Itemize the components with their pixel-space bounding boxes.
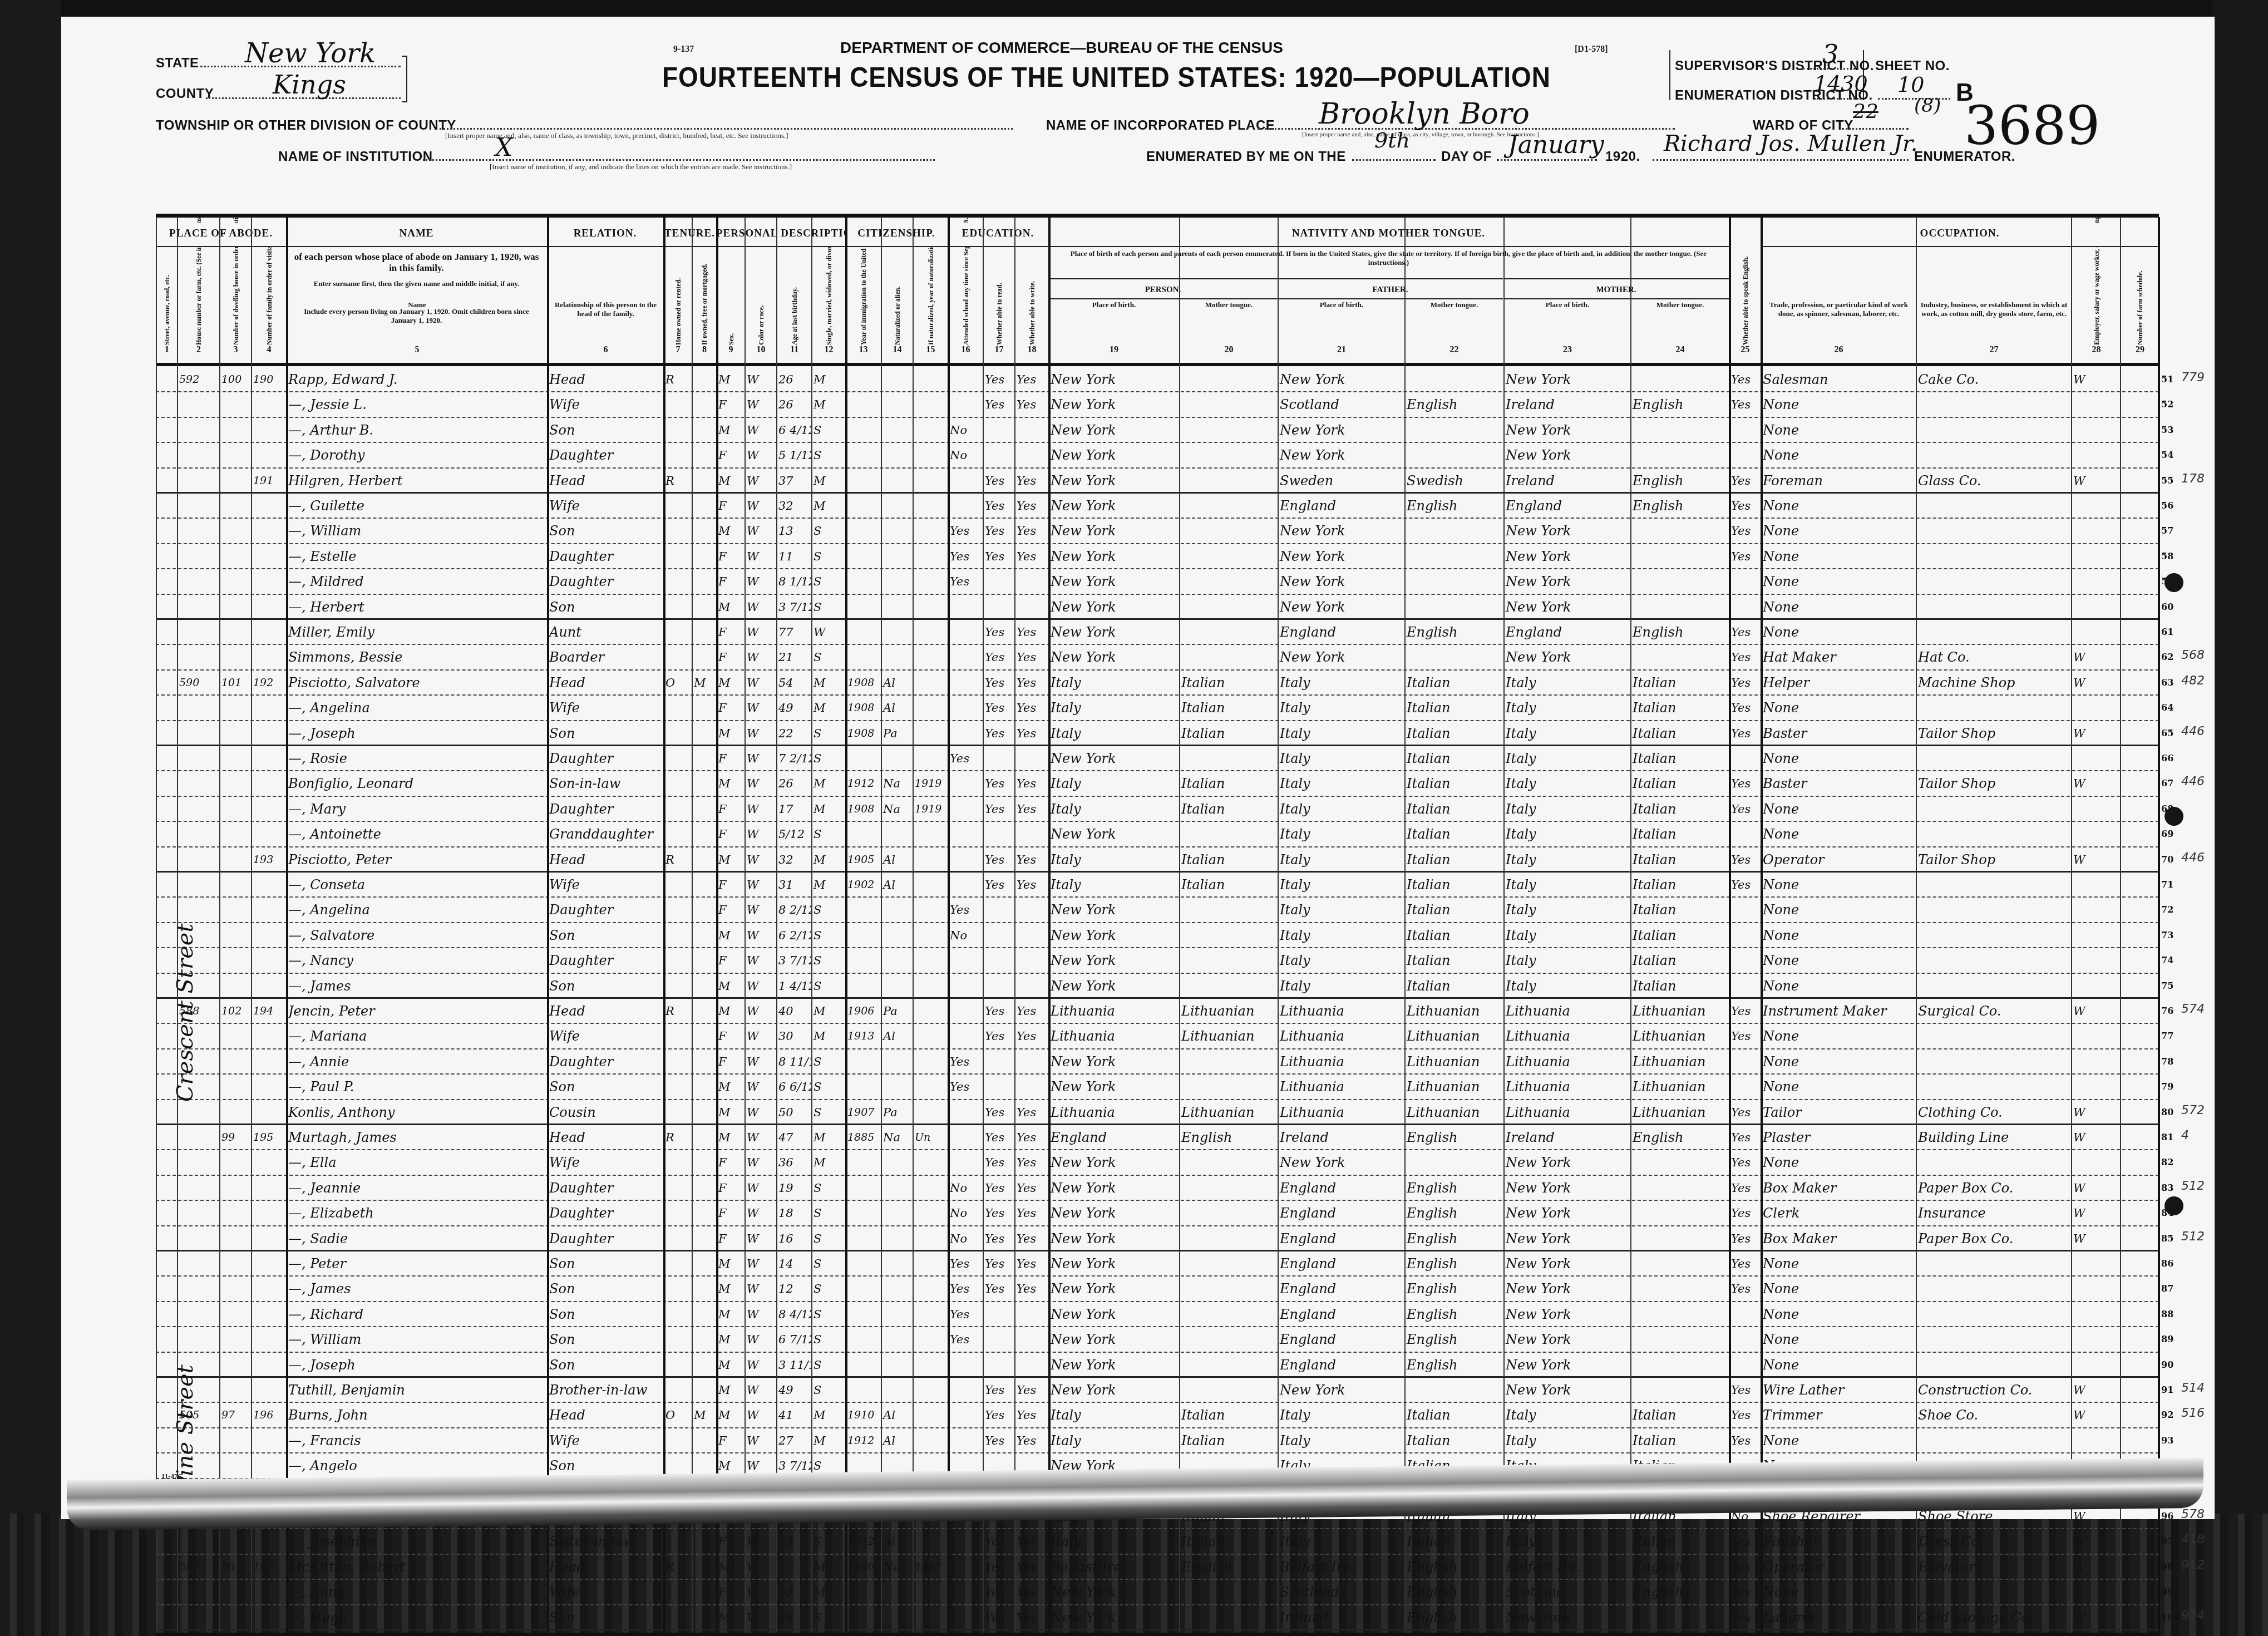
cell-natyear bbox=[913, 519, 948, 543]
table-row: —, NancyDaughterFW3 7/12SNew YorkItalyIt… bbox=[156, 948, 2159, 973]
cell-tongue bbox=[1179, 1327, 1278, 1351]
column-number: 2 bbox=[178, 345, 219, 355]
margin-annotation: 512 bbox=[2181, 1230, 2205, 1244]
cell-tongue: Italian bbox=[1179, 671, 1278, 694]
cell-house bbox=[177, 1302, 219, 1326]
line-number: 87 bbox=[2161, 1283, 2173, 1294]
cell-name: —, Mildred bbox=[286, 569, 547, 593]
cell-tongue bbox=[1179, 1605, 1278, 1629]
cell-school bbox=[948, 721, 983, 745]
cell-mtongue bbox=[1630, 544, 1729, 568]
cell-dwelling bbox=[219, 721, 251, 745]
cell-house bbox=[177, 721, 219, 745]
cell-house bbox=[177, 1605, 219, 1629]
cell-industry: Cake Co. bbox=[1916, 367, 2071, 391]
cell-industry: Tailor Shop bbox=[1916, 721, 2071, 745]
cell-school bbox=[948, 696, 983, 720]
cell-house bbox=[177, 771, 219, 795]
column-header-label: Street, avenue, road, etc. bbox=[163, 275, 171, 345]
cell-school bbox=[948, 469, 983, 492]
cell-english: Yes bbox=[1729, 392, 1761, 416]
cell-employ bbox=[2071, 1251, 2121, 1275]
cell-read bbox=[983, 1327, 1014, 1351]
cell-read bbox=[983, 898, 1014, 922]
cell-natyear bbox=[913, 746, 948, 770]
cell-ftongue bbox=[1404, 418, 1503, 442]
line-number: 70 bbox=[2161, 854, 2173, 865]
cell-industry: Cold Storage Co. bbox=[1916, 1605, 2071, 1629]
cell-tongue bbox=[1179, 974, 1278, 997]
table-row: —, MaryDaughterFW17M1908Na1919YesYesItal… bbox=[156, 797, 2159, 822]
cell-fpob: England bbox=[1278, 1302, 1404, 1326]
cell-fpob: Italy bbox=[1278, 948, 1404, 972]
line-number: 74 bbox=[2161, 955, 2173, 965]
cell-mtongue: Italian bbox=[1630, 822, 1729, 846]
cell-mtongue bbox=[1630, 1277, 1729, 1300]
cell-trade: Plaster bbox=[1761, 1125, 1916, 1149]
cell-tongue: Italian bbox=[1179, 771, 1278, 795]
cell-english: Yes bbox=[1729, 469, 1761, 492]
cell-mtongue bbox=[1630, 1302, 1729, 1326]
cell-mortgage bbox=[692, 544, 716, 568]
cell-dwelling bbox=[219, 797, 251, 821]
cell-industry: Tailor Shop bbox=[1916, 847, 2071, 871]
cell-name: —, Elizabeth bbox=[286, 1201, 547, 1225]
cell-family bbox=[251, 1302, 286, 1326]
cell-industry bbox=[1916, 392, 2071, 416]
cell-natyear: Un bbox=[913, 1125, 948, 1149]
cell-ftongue: English bbox=[1404, 1580, 1503, 1604]
cell-write: Yes bbox=[1014, 392, 1048, 416]
cell-marital: M bbox=[811, 367, 845, 391]
cell-dwelling: 102 bbox=[219, 999, 251, 1023]
cell-pob: New York bbox=[1048, 569, 1179, 593]
cell-marital: M bbox=[811, 1580, 845, 1604]
cell-mortgage bbox=[692, 443, 716, 467]
margin-annotation: 178 bbox=[2181, 472, 2205, 486]
cell-mpob: Lithuania bbox=[1503, 1100, 1630, 1123]
cell-school bbox=[948, 645, 983, 669]
cell-write bbox=[1014, 974, 1048, 997]
cell-nat: Al bbox=[881, 1529, 913, 1553]
cell-race: W bbox=[745, 494, 776, 518]
cell-immig: 1908 bbox=[845, 797, 880, 821]
cell-race: W bbox=[745, 948, 776, 972]
cell-house bbox=[177, 1150, 219, 1174]
cell-age: 21 bbox=[776, 645, 811, 669]
cell-school bbox=[948, 1529, 983, 1553]
punch-hole bbox=[2165, 573, 2183, 592]
cell-trade: Foreman bbox=[1761, 469, 1916, 492]
cell-immig: 1910 bbox=[845, 1403, 880, 1427]
cell-sex: F bbox=[716, 544, 745, 568]
cell-fpob: New York bbox=[1278, 544, 1404, 568]
cell-nat bbox=[881, 1049, 913, 1073]
column-header-label: Number of family in order of visitation. bbox=[265, 233, 273, 345]
cell-employ: W bbox=[2071, 671, 2121, 694]
cell-race: W bbox=[745, 620, 776, 644]
cell-age: 3 7/12 bbox=[776, 595, 811, 618]
cell-read bbox=[983, 569, 1014, 593]
cell-tongue: Italian bbox=[1179, 696, 1278, 720]
column-number: 27 bbox=[1917, 345, 2071, 355]
cell-mpob: Lithuania bbox=[1503, 999, 1630, 1023]
line-number: 92 bbox=[2161, 1410, 2173, 1420]
column-header-label: Naturalized or alien. bbox=[893, 287, 901, 345]
column-number: 20 bbox=[1180, 345, 1278, 355]
table-row: —, EllaWifeFW36MYesYesNew YorkNew YorkNe… bbox=[156, 1150, 2159, 1175]
cell-mpob: New York bbox=[1503, 367, 1630, 391]
cell-fpob: Sweden bbox=[1278, 469, 1404, 492]
cell-tenure bbox=[663, 1150, 692, 1174]
cell-marital: M bbox=[811, 1428, 845, 1452]
line-number: 82 bbox=[2161, 1157, 2173, 1167]
cell-tongue bbox=[1179, 1150, 1278, 1174]
line-number: 54 bbox=[2161, 450, 2173, 460]
cell-name: —, James bbox=[286, 974, 547, 997]
cell-relation: Head bbox=[547, 999, 663, 1023]
cell-write: Yes bbox=[1014, 620, 1048, 644]
cell-write: Yes bbox=[1014, 1378, 1048, 1402]
cell-dwelling bbox=[219, 1327, 251, 1351]
cell-mortgage bbox=[692, 797, 716, 821]
cell-fpob: Lithuania bbox=[1278, 1100, 1404, 1123]
cell-house bbox=[177, 544, 219, 568]
cell-immig bbox=[845, 595, 880, 618]
cell-trade: None bbox=[1761, 1353, 1916, 1376]
cell-house bbox=[177, 1125, 219, 1149]
cell-age: 49 bbox=[776, 696, 811, 720]
table-row: Bonfiglio, LeonardSon-in-lawMW26M1912Na1… bbox=[156, 771, 2159, 796]
cell-marital: M bbox=[811, 797, 845, 821]
cell-tongue bbox=[1179, 519, 1278, 543]
cell-nat bbox=[881, 620, 913, 644]
cell-industry: Shoe Co. bbox=[1916, 1403, 2071, 1427]
cell-family bbox=[251, 822, 286, 846]
column-number: 25 bbox=[1730, 345, 1761, 355]
cell-immig bbox=[845, 822, 880, 846]
cell-ftongue: Italian bbox=[1404, 822, 1503, 846]
cell-immig bbox=[845, 1302, 880, 1326]
cell-english bbox=[1729, 1302, 1761, 1326]
cell-name: —, Dorothy bbox=[286, 443, 547, 467]
cell-sex: M bbox=[716, 595, 745, 618]
cell-mortgage: M bbox=[692, 671, 716, 694]
cell-school: Yes bbox=[948, 1327, 983, 1351]
cell-dwelling bbox=[219, 1150, 251, 1174]
cell-tenure bbox=[663, 696, 692, 720]
cell-pob: New York bbox=[1048, 1150, 1179, 1174]
cell-read: Yes bbox=[983, 1555, 1014, 1579]
cell-relation: Son bbox=[547, 519, 663, 543]
line-number: 91 bbox=[2161, 1384, 2173, 1395]
cell-tenure bbox=[663, 974, 692, 997]
cell-race: W bbox=[745, 974, 776, 997]
cell-read bbox=[983, 1302, 1014, 1326]
cell-mortgage bbox=[692, 721, 716, 745]
cell-tongue: Italian bbox=[1179, 873, 1278, 896]
cell-mortgage bbox=[692, 1251, 716, 1275]
cell-sex: F bbox=[716, 1024, 745, 1048]
cell-family bbox=[251, 1327, 286, 1351]
cell-fpob: Lithuania bbox=[1278, 999, 1404, 1023]
cell-name: —, Mariana bbox=[286, 1024, 547, 1048]
cell-natyear bbox=[913, 1428, 948, 1452]
cell-write: Yes bbox=[1014, 494, 1048, 518]
institution-hint: [Insert name of institution, if any, and… bbox=[490, 162, 792, 171]
scan-border-left bbox=[0, 0, 61, 1636]
cell-fpob: Italy bbox=[1278, 974, 1404, 997]
cell-english bbox=[1729, 1075, 1761, 1098]
cell-mortgage bbox=[692, 1605, 716, 1629]
cell-industry bbox=[1916, 797, 2071, 821]
cell-age: 40 bbox=[776, 999, 811, 1023]
cell-employ: W bbox=[2071, 1605, 2121, 1629]
cell-school: Yes bbox=[948, 1277, 983, 1300]
cell-dwelling bbox=[219, 1226, 251, 1250]
county-label: COUNTY bbox=[156, 86, 214, 102]
cell-school: No bbox=[948, 1201, 983, 1225]
cell-name: Konlis, Anthony bbox=[286, 1100, 547, 1123]
cell-name: Hilgren, Herbert bbox=[286, 469, 547, 492]
cell-marital: S bbox=[811, 721, 845, 745]
cell-natyear bbox=[913, 1403, 948, 1427]
cell-age: 5/12 bbox=[776, 822, 811, 846]
cell-school: No bbox=[948, 1226, 983, 1250]
cell-fpob: Italy bbox=[1278, 771, 1404, 795]
cell-employ bbox=[2071, 974, 2121, 997]
cell-mpob: New York bbox=[1503, 1277, 1630, 1300]
cell-industry bbox=[1916, 1580, 2071, 1604]
cell-mtongue: Lithuanian bbox=[1630, 1049, 1729, 1073]
cell-natyear bbox=[913, 1226, 948, 1250]
line-number: 63 bbox=[2161, 677, 2173, 688]
cell-nat: Pa bbox=[881, 721, 913, 745]
cell-school: No bbox=[948, 923, 983, 947]
cell-tenure bbox=[663, 443, 692, 467]
cell-race: W bbox=[745, 392, 776, 416]
cell-tongue: Lithuanian bbox=[1179, 1100, 1278, 1123]
cell-sex: F bbox=[716, 569, 745, 593]
cell-nat: Na bbox=[881, 1125, 913, 1149]
cell-name: Pisciotto, Salvatore bbox=[286, 671, 547, 694]
cell-school bbox=[948, 1150, 983, 1174]
cell-race: W bbox=[745, 847, 776, 871]
table-row: —, RichardSonMW8 4/12SYesNew YorkEngland… bbox=[156, 1302, 2159, 1327]
cell-sex: M bbox=[716, 1125, 745, 1149]
cell-industry: Dress Co. bbox=[1916, 1529, 2071, 1553]
cell-tenure bbox=[663, 721, 692, 745]
cell-employ bbox=[2071, 1049, 2121, 1073]
table-row: 99195Murtagh, JamesHeadRMW47M1885NaUnYes… bbox=[156, 1125, 2159, 1150]
cell-pob: New York bbox=[1048, 367, 1179, 391]
cell-nat bbox=[881, 822, 913, 846]
cell-sex: M bbox=[716, 1403, 745, 1427]
cell-english bbox=[1729, 898, 1761, 922]
column-number: 7 bbox=[664, 345, 692, 355]
cell-pob: New York bbox=[1048, 1605, 1179, 1629]
cell-english bbox=[1729, 418, 1761, 442]
cell-mtongue: Italian bbox=[1630, 948, 1729, 972]
cell-ftongue: English bbox=[1404, 1353, 1503, 1376]
cell-employ bbox=[2071, 392, 2121, 416]
column-group-relation: RELATION. bbox=[547, 223, 663, 247]
cell-relation: Wife bbox=[547, 1428, 663, 1452]
cell-race: W bbox=[745, 519, 776, 543]
cell-fpob: Italy bbox=[1278, 1403, 1404, 1427]
cell-tenure bbox=[663, 746, 692, 770]
cell-read: Yes bbox=[983, 696, 1014, 720]
cell-industry bbox=[1916, 923, 2071, 947]
cell-mortgage bbox=[692, 1555, 716, 1579]
cell-nat bbox=[881, 367, 913, 391]
cell-mtongue bbox=[1630, 1226, 1729, 1250]
form-number-left: 9-137 bbox=[673, 45, 694, 55]
cell-race: W bbox=[745, 443, 776, 467]
cell-write: Yes bbox=[1014, 1226, 1048, 1250]
cell-employ bbox=[2071, 1150, 2121, 1174]
margin-annotation: 512 bbox=[2181, 1179, 2205, 1193]
table-row: —, AntoinetteGranddaughterFW5/12SNew Yor… bbox=[156, 822, 2159, 847]
cell-trade: None bbox=[1761, 1049, 1916, 1073]
cell-mpob: England bbox=[1503, 620, 1630, 644]
cell-immig: 1908 bbox=[845, 721, 880, 745]
cell-english bbox=[1729, 1353, 1761, 1376]
cell-trade: None bbox=[1761, 873, 1916, 896]
cell-ftongue: English bbox=[1404, 1605, 1503, 1629]
cell-name: —, Jeannie bbox=[286, 1176, 547, 1200]
cell-write bbox=[1014, 898, 1048, 922]
cell-trade: None bbox=[1761, 443, 1916, 467]
cell-pob: New York bbox=[1048, 1327, 1179, 1351]
cell-relation: Daughter bbox=[547, 569, 663, 593]
cell-sex: M bbox=[716, 847, 745, 871]
column-header-label: Whether able to read. bbox=[995, 283, 1003, 345]
cell-trade: None bbox=[1761, 1302, 1916, 1326]
cell-tongue bbox=[1179, 645, 1278, 669]
nativity-subgroup-father: FATHER. bbox=[1278, 278, 1503, 299]
cell-natyear bbox=[913, 696, 948, 720]
cell-tenure bbox=[663, 1529, 692, 1553]
cell-employ bbox=[2071, 696, 2121, 720]
cell-employ: W bbox=[2071, 1100, 2121, 1123]
line-number: 86 bbox=[2161, 1258, 2173, 1269]
cell-natyear bbox=[913, 544, 948, 568]
cell-nat bbox=[881, 1353, 913, 1376]
cell-tenure bbox=[663, 418, 692, 442]
cell-dwelling bbox=[219, 1580, 251, 1604]
ward-extra: (8) bbox=[1914, 95, 1941, 117]
cell-mtongue: English bbox=[1630, 1555, 1729, 1579]
cell-family bbox=[251, 392, 286, 416]
cell-age: 26 bbox=[776, 367, 811, 391]
cell-employ bbox=[2071, 948, 2121, 972]
cell-ftongue bbox=[1404, 1378, 1503, 1402]
cell-school bbox=[948, 948, 983, 972]
cell-name: Tuthill, Benjamin bbox=[286, 1378, 547, 1402]
cell-family bbox=[251, 1251, 286, 1275]
cell-tenure: R bbox=[663, 1125, 692, 1149]
cell-school bbox=[948, 1024, 983, 1048]
cell-mtongue: English bbox=[1630, 469, 1729, 492]
cell-marital: M bbox=[811, 847, 845, 871]
cell-tongue bbox=[1179, 443, 1278, 467]
cell-age: 22 bbox=[776, 721, 811, 745]
cell-marital: M bbox=[811, 1555, 845, 1579]
cell-sex: M bbox=[716, 1100, 745, 1123]
cell-marital: S bbox=[811, 569, 845, 593]
cell-ftongue: Lithuanian bbox=[1404, 1049, 1503, 1073]
cell-mpob: Lithuania bbox=[1503, 1049, 1630, 1073]
cell-ftongue: Italian bbox=[1404, 974, 1503, 997]
cell-marital: S bbox=[811, 923, 845, 947]
cell-read: Yes bbox=[983, 1378, 1014, 1402]
cell-industry bbox=[1916, 418, 2071, 442]
cell-name: —, Anna bbox=[286, 1580, 547, 1604]
cell-write: Yes bbox=[1014, 1201, 1048, 1225]
cell-marital: M bbox=[811, 494, 845, 518]
cell-family bbox=[251, 1150, 286, 1174]
cell-race: W bbox=[745, 367, 776, 391]
cell-mpob: Italy bbox=[1503, 974, 1630, 997]
cell-name: —, Francis bbox=[286, 1428, 547, 1452]
column-header-label: Sex. bbox=[727, 333, 735, 345]
cell-employ bbox=[2071, 1327, 2121, 1351]
cell-immig bbox=[845, 392, 880, 416]
cell-marital: S bbox=[811, 1100, 845, 1123]
cell-read: Yes bbox=[983, 1100, 1014, 1123]
cell-relation: Daughter bbox=[547, 1201, 663, 1225]
cell-race: W bbox=[745, 1024, 776, 1048]
cell-school bbox=[948, 494, 983, 518]
table-row: —, MildredDaughterFW8 1/12SYesNew YorkNe… bbox=[156, 569, 2159, 594]
cell-trade: None bbox=[1761, 898, 1916, 922]
cell-sex: M bbox=[716, 1075, 745, 1098]
cell-tenure: R bbox=[663, 847, 692, 871]
cell-marital: S bbox=[811, 1605, 845, 1629]
cell-dwelling bbox=[219, 746, 251, 770]
cell-write: Yes bbox=[1014, 1529, 1048, 1553]
cell-mtongue bbox=[1630, 1251, 1729, 1275]
cell-mortgage bbox=[692, 1075, 716, 1098]
cell-relation: Wife bbox=[547, 1024, 663, 1048]
incorporated-place-label: NAME OF INCORPORATED PLACE bbox=[1046, 118, 1275, 134]
cell-nat bbox=[881, 1302, 913, 1326]
column-header-label: Mother tongue. bbox=[1406, 300, 1503, 309]
cell-mpob: New York bbox=[1503, 1605, 1630, 1629]
cell-write: Yes bbox=[1014, 367, 1048, 391]
cell-tenure bbox=[663, 494, 692, 518]
cell-natyear bbox=[913, 1201, 948, 1225]
cell-race: W bbox=[745, 469, 776, 492]
column-number: 1 bbox=[157, 345, 177, 355]
cell-marital: S bbox=[811, 1201, 845, 1225]
cell-write: Yes bbox=[1014, 1555, 1048, 1579]
cell-mtongue bbox=[1630, 1605, 1729, 1629]
cell-relation: Son bbox=[547, 595, 663, 618]
cell-fpob: Italy bbox=[1278, 1428, 1404, 1452]
cell-marital: S bbox=[811, 1049, 845, 1073]
table-row: —, JamesSonMW1 4/12SNew YorkItalyItalian… bbox=[156, 974, 2159, 999]
column-group-immig: CITIZENSHIP. bbox=[845, 223, 948, 247]
cell-school bbox=[948, 671, 983, 694]
cell-nat bbox=[881, 645, 913, 669]
cell-ftongue: Italian bbox=[1404, 1403, 1503, 1427]
table-row: —, FrancisWifeFW27M1912AlYesYesItalyItal… bbox=[156, 1428, 2159, 1453]
cell-name: Burns, John bbox=[286, 1403, 547, 1427]
cell-school bbox=[948, 367, 983, 391]
cell-sex: M bbox=[716, 1327, 745, 1351]
